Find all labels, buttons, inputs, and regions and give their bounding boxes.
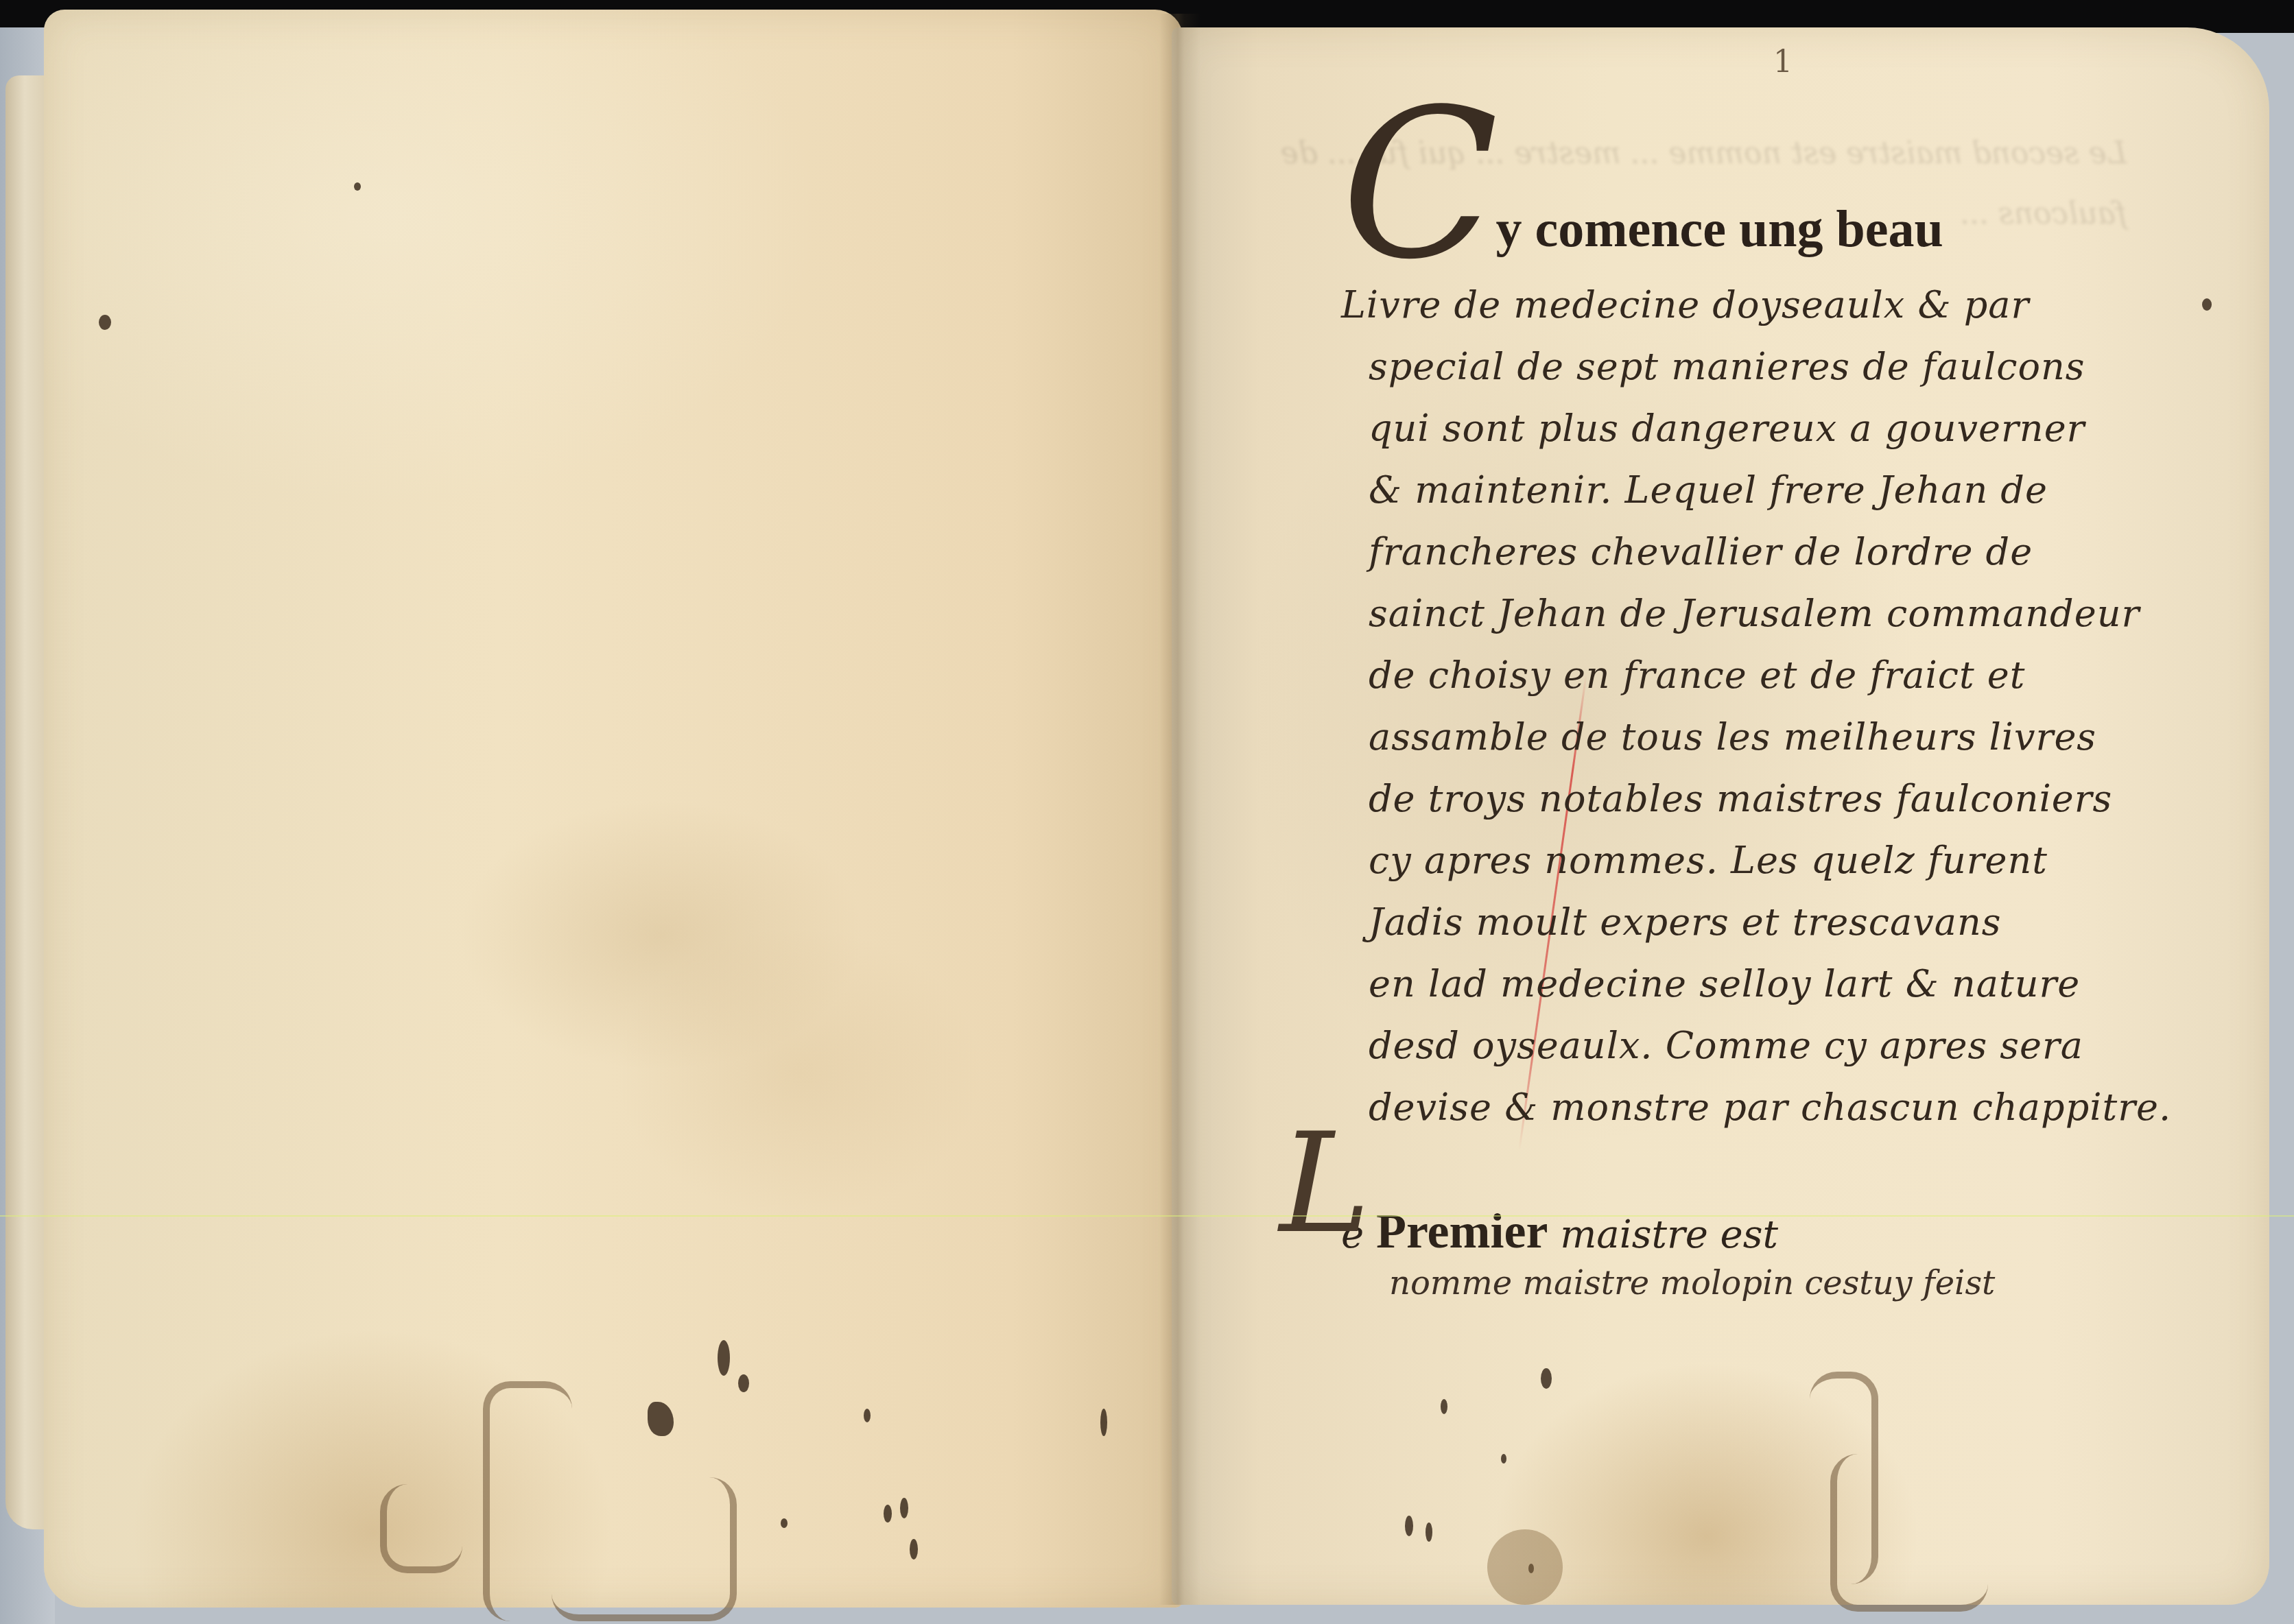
left-page xyxy=(44,10,1183,1608)
text-line: de choisy en france et de fraict et xyxy=(1341,645,2199,706)
text-line: desd oyseaulx. Comme cy apres sera xyxy=(1341,1015,2199,1077)
worm-hole xyxy=(99,315,111,330)
text-line: francheres chevallier de lordre de xyxy=(1341,521,2199,583)
worm-hole xyxy=(648,1402,674,1436)
book-gutter xyxy=(1159,14,1201,1605)
text-line: qui sont plus dangereux a gouverner xyxy=(1341,398,2199,459)
worm-hole xyxy=(1501,1454,1506,1464)
worm-hole xyxy=(884,1505,892,1522)
worm-trail-stain xyxy=(552,1477,737,1621)
text-line: cy apres nommes. Les quelz furent xyxy=(1341,830,2199,892)
worm-hole xyxy=(1441,1399,1447,1414)
manuscript-text: C y comence ung beau Livre de medecine d… xyxy=(1341,69,2199,1307)
worm-hole xyxy=(2202,298,2212,311)
chapter-section: L e Premier maistre est nomme maistre mo… xyxy=(1341,1207,2199,1307)
section-title-suffix: maistre est xyxy=(1560,1213,1778,1257)
worm-hole xyxy=(718,1340,730,1376)
text-line: Jadis moult expers et trescavans xyxy=(1341,892,2199,953)
worm-hole xyxy=(1541,1368,1552,1389)
text-line: special de sept manieres de faulcons xyxy=(1341,336,2199,398)
water-stain xyxy=(1487,1529,1563,1605)
worm-hole xyxy=(781,1518,788,1528)
worm-hole xyxy=(864,1409,871,1422)
text-line: devise & monstre par chascun chappitre. xyxy=(1341,1077,2199,1138)
worm-trail-stain xyxy=(1830,1454,1988,1612)
decorated-initial: C xyxy=(1341,96,1492,274)
worm-hole xyxy=(738,1374,749,1392)
section-text-line: nomme maistre molopin cestuy feist xyxy=(1341,1259,2199,1307)
worm-trail-stain xyxy=(380,1484,462,1573)
worm-hole xyxy=(1100,1409,1107,1436)
section-title-emphasis: Premier xyxy=(1376,1204,1548,1258)
worm-hole xyxy=(354,182,361,191)
heading-text: y comence ung beau xyxy=(1496,200,1943,259)
worm-hole xyxy=(1426,1522,1432,1542)
section-initial: L xyxy=(1279,1104,1371,1264)
text-line: assamble de tous les meilheurs livres xyxy=(1341,706,2199,768)
worm-hole xyxy=(900,1498,908,1518)
worm-hole xyxy=(910,1539,918,1560)
text-line: en lad medecine selloy lart & nature xyxy=(1341,953,2199,1015)
incipit-heading: C y comence ung beau xyxy=(1341,69,2199,274)
text-line: sainct Jehan de Jerusalem commandeur xyxy=(1341,583,2199,645)
scanner-artifact-line xyxy=(0,1215,2294,1217)
worm-hole xyxy=(1405,1516,1413,1536)
text-line: de troys notables maistres faulconiers xyxy=(1341,768,2199,830)
text-line: & maintenir. Lequel frere Jehan de xyxy=(1341,459,2199,521)
